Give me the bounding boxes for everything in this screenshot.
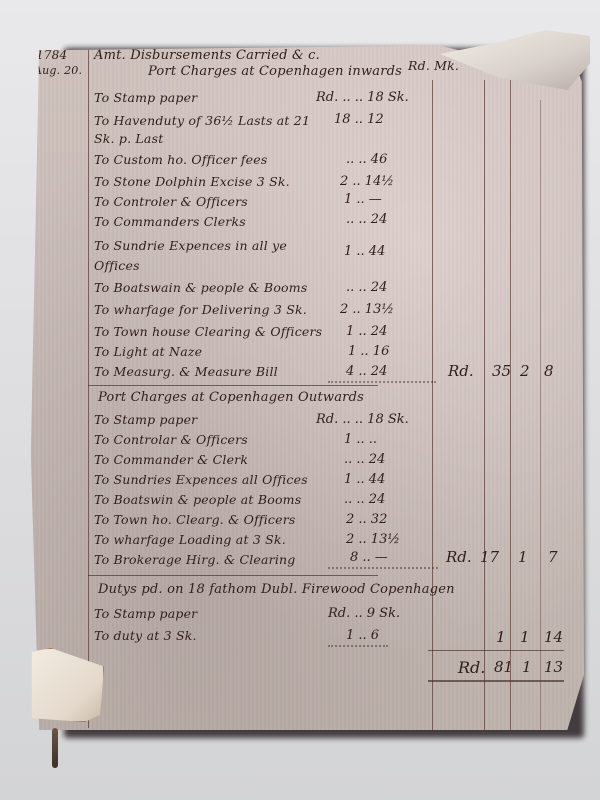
section-total-rd: 35	[492, 362, 511, 380]
entry-text: To Town house Clearing & Officers	[94, 324, 322, 339]
entry-amount: 8 .. —	[350, 550, 388, 565]
section-total-currency: Rd.	[446, 548, 472, 566]
margin-year: 1784	[36, 48, 67, 62]
section-total-sk: 7	[548, 548, 558, 566]
column-rule-1	[432, 80, 433, 730]
entry-text: To Light at Naze	[94, 344, 202, 359]
entry-amount: 2 .. 32	[346, 512, 387, 527]
grand-total-mk: 1	[522, 658, 532, 676]
entry-amount: 2 .. 13½	[346, 532, 400, 547]
entry-text: To Custom ho. Officer fees	[94, 152, 267, 167]
entry-amount: 1 .. —	[344, 192, 382, 207]
entry-amount: .. .. 24	[346, 280, 387, 295]
entry-amount: 1 .. 44	[344, 472, 385, 487]
section-total-mk: 1	[520, 628, 530, 646]
leader-dots	[328, 566, 438, 569]
entry-text: To Boatswin & people at Booms	[94, 492, 301, 507]
entry-amount: 18 .. 12	[334, 112, 384, 127]
entry-amount: .. .. 46	[346, 152, 387, 167]
section-total-sk: 14	[544, 628, 563, 646]
entry-amount: 2 .. 14½	[340, 174, 394, 189]
entry-text: To Controler & Officers	[94, 194, 248, 209]
grand-total-rd: 81	[494, 658, 513, 676]
entry-text: To Commander & Clerk	[94, 452, 248, 467]
entry-amount: Rd. .. 9 Sk.	[328, 606, 400, 621]
entry-text: To Havenduty of 36½ Lasts at 21 Sk. p. L…	[94, 112, 314, 148]
entry-amount: Rd. .. .. 18 Sk.	[316, 412, 409, 427]
section-total-sk: 8	[544, 362, 554, 380]
section-total-currency: Rd.	[448, 362, 474, 380]
entry-text: To Stone Dolphin Excise 3 Sk.	[94, 174, 290, 189]
section-title: Dutys pd. on 18 fathom Dubl. Firewood Co…	[98, 582, 455, 597]
margin-date: Aug. 20.	[34, 64, 82, 77]
entry-amount: 1 .. 44	[344, 244, 385, 259]
column-rule-3	[510, 80, 511, 730]
margin-rule	[88, 48, 89, 728]
entry-text: To Sundrie Expences in all ye Offices	[94, 236, 324, 276]
column-rule-4	[540, 100, 541, 730]
entry-amount: .. .. 24	[344, 492, 385, 507]
entry-text: To Stamp paper	[94, 606, 197, 621]
section-divider	[88, 385, 378, 386]
entry-text: To Controlar & Officers	[94, 432, 248, 447]
entry-text: To Stamp paper	[94, 90, 197, 105]
grand-total-sk: 13	[544, 658, 563, 676]
entry-text: To Brokerage Hirg. & Clearing	[94, 552, 296, 567]
entry-text: To Boatswain & people & Booms	[94, 280, 307, 295]
entry-text: To Town ho. Clearg. & Officers	[94, 512, 296, 527]
entry-text: To duty at 3 Sk.	[94, 628, 197, 643]
entry-amount: Rd. .. .. 18 Sk.	[316, 90, 409, 105]
section-total-mk: 1	[518, 548, 528, 566]
entry-amount: 4 .. 24	[346, 364, 387, 379]
entry-amount: 2 .. 13½	[340, 302, 394, 317]
entry-amount: 1 .. 24	[346, 324, 387, 339]
entry-amount: .. .. 24	[344, 452, 385, 467]
entry-amount: 1 .. 16	[348, 344, 389, 359]
section-total-rd: 17	[480, 548, 499, 566]
grand-total-currency: Rd.	[458, 658, 485, 677]
ledger-page: 1784 Aug. 20. Amt. Disbursements Carried…	[28, 40, 584, 730]
grand-total-underline	[428, 680, 564, 682]
entry-amount: 1 .. 6	[346, 628, 379, 643]
entry-amount: 1 .. ..	[344, 432, 377, 447]
entry-text: To Sundries Expences all Offices	[94, 472, 308, 487]
leader-dots	[328, 644, 388, 647]
section-title: Port Charges at Copenhagen Outwards	[98, 390, 364, 405]
leader-dots	[328, 380, 436, 383]
entry-text: To Measurg. & Measure Bill	[94, 364, 278, 379]
binding-thread	[52, 728, 58, 768]
section-total-rd: 1	[496, 628, 506, 646]
section-total-mk: 2	[520, 362, 530, 380]
entry-text: To wharfage Loading at 3 Sk.	[94, 532, 286, 547]
column-rule-2	[484, 80, 485, 730]
header-corner-note: Rd. Mk.	[408, 58, 459, 73]
entry-text: To Stamp paper	[94, 412, 197, 427]
section-divider	[88, 575, 378, 576]
entry-text: To wharfage for Delivering 3 Sk.	[94, 302, 307, 317]
total-rule	[428, 650, 564, 651]
header-line-2: Port Charges at Copenhagen inwards	[148, 64, 402, 79]
entry-amount: .. .. 24	[346, 212, 387, 227]
entry-text: To Commanders Clerks	[94, 214, 246, 229]
header-line-1: Amt. Disbursements Carried & c.	[94, 48, 320, 63]
